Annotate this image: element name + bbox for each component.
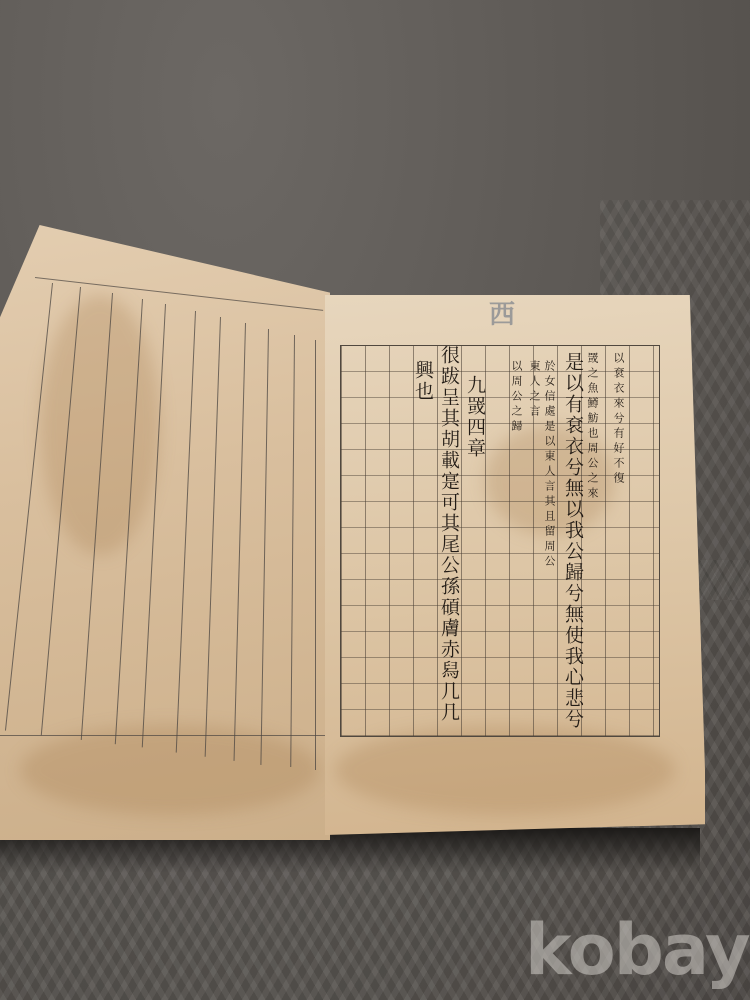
text-column: 興也 [412,360,433,402]
stamp-mark: 西 [472,298,532,332]
text-column: 東人之言 [528,360,541,420]
left-page [0,225,330,840]
text-column: 是以有袞衣兮無以我公歸兮無使我心悲兮 [562,352,583,730]
watermark-logo: kobay [525,915,749,985]
water-stain [335,725,675,815]
text-column: 以袞衣來兮有好不復 [612,352,625,487]
water-stain [20,725,320,815]
column-rule [315,340,316,770]
column-rule [234,323,246,761]
column-rule [290,335,295,767]
text-column: 很跋呈其胡載寔可其尾公孫碩膚赤舄几几 [438,345,459,723]
text-column: 九罭四章 [464,375,485,459]
text-column: 罭之魚鱒魴也周公之來 [586,352,599,502]
column-rule [5,283,53,731]
text-column: 於女信處是以東人言其且留周公 [543,360,556,570]
water-stain [40,295,160,555]
column-rule [176,311,196,753]
bottom-rule [0,735,330,736]
column-rule [205,317,221,757]
text-column: 以周公之歸 [510,360,523,435]
column-rule [260,329,269,765]
